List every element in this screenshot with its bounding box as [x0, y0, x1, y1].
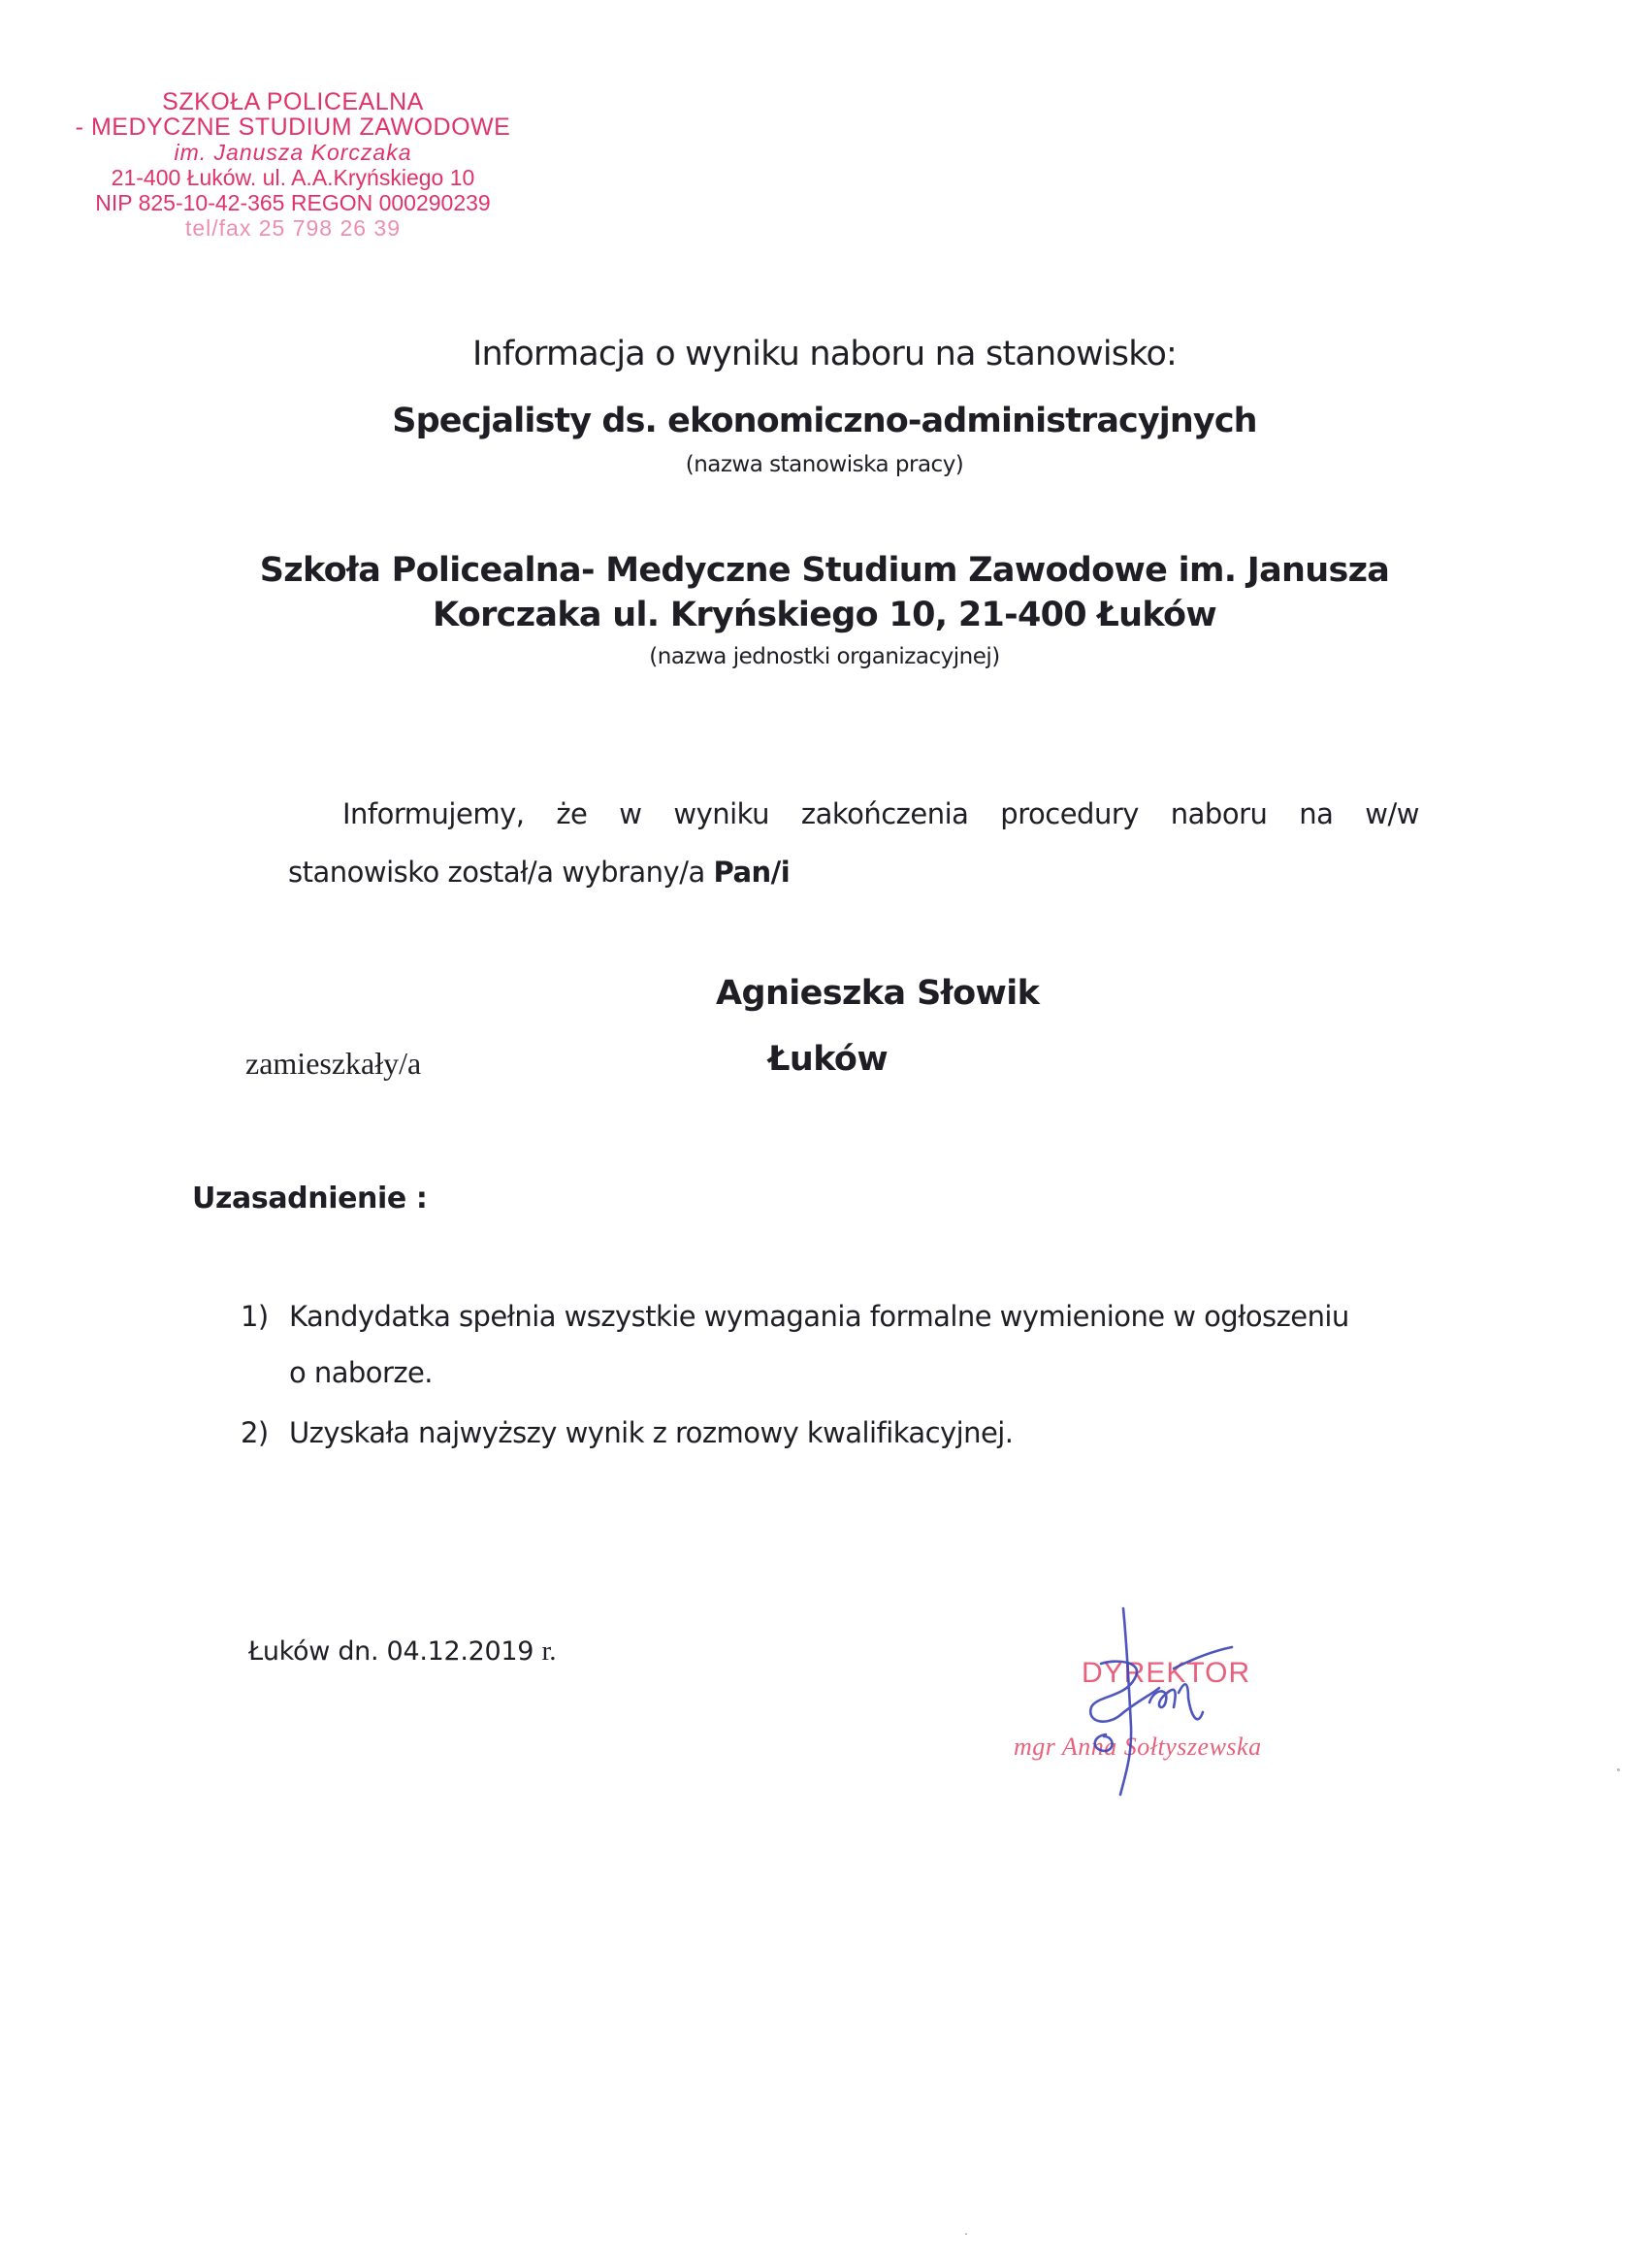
handwritten-signature-icon: [989, 1591, 1358, 1824]
unit-caption: (nazwa jednostki organizacyjnej): [0, 644, 1649, 669]
paragraph-line-2: stanowisko został/a wybrany/a Pan/i: [288, 856, 790, 889]
paragraph-text: stanowisko został/a wybrany/a: [288, 856, 705, 889]
stamp-line: NIP 825-10-42-365 REGON 000290239: [60, 190, 526, 215]
stamp-line: - MEDYCZNE STUDIUM ZAWODOWE: [60, 114, 526, 140]
list-item-number: 1): [241, 1300, 269, 1333]
stamp-line: tel/fax 25 798 26 39: [60, 215, 526, 241]
date-suffix: r.: [541, 1636, 556, 1667]
residence-value: Łuków: [768, 1040, 888, 1079]
position-name: Specjalisty ds. ekonomiczno-administracy…: [0, 402, 1649, 440]
justification-title: Uzasadnienie :: [192, 1182, 427, 1215]
paragraph-line-1: Informujemy, że w wyniku zakończenia pro…: [342, 797, 1419, 830]
unit-name-line2: Korczaka ul. Kryńskiego 10, 21-400 Łuków: [0, 596, 1649, 634]
stamp-line: SZKOŁA POLICEALNA: [60, 89, 526, 114]
residence-label: zamieszkały/a: [245, 1046, 421, 1082]
position-caption: (nazwa stanowiska pracy): [0, 452, 1649, 477]
date-text: Łuków dn. 04.12.2019: [248, 1636, 533, 1667]
selected-candidate-name: Agnieszka Słowik: [716, 974, 1039, 1013]
school-stamp: SZKOŁA POLICEALNA - MEDYCZNE STUDIUM ZAW…: [60, 89, 526, 241]
document-title: Informacja o wyniku naboru na stanowisko…: [0, 335, 1649, 373]
scan-speck: [965, 2233, 967, 2235]
place-and-date: Łuków dn. 04.12.2019 r.: [248, 1636, 556, 1668]
list-item: Kandydatka spełnia wszystkie wymagania f…: [289, 1300, 1349, 1333]
list-item: Uzyskała najwyższy wynik z rozmowy kwali…: [289, 1416, 1013, 1449]
list-item-number: 2): [241, 1416, 269, 1449]
scan-speck: [1617, 1768, 1620, 1771]
document-page: SZKOŁA POLICEALNA - MEDYCZNE STUDIUM ZAW…: [0, 0, 1649, 2268]
stamp-line: 21-400 Łuków. ul. A.A.Kryńskiego 10: [60, 165, 526, 190]
paragraph-bold-salutation: Pan/i: [713, 856, 790, 889]
unit-name-line1: Szkoła Policealna- Medyczne Studium Zawo…: [0, 551, 1649, 590]
stamp-line: im. Janusza Korczaka: [60, 140, 526, 165]
list-item-continuation: o naborze.: [289, 1356, 433, 1389]
